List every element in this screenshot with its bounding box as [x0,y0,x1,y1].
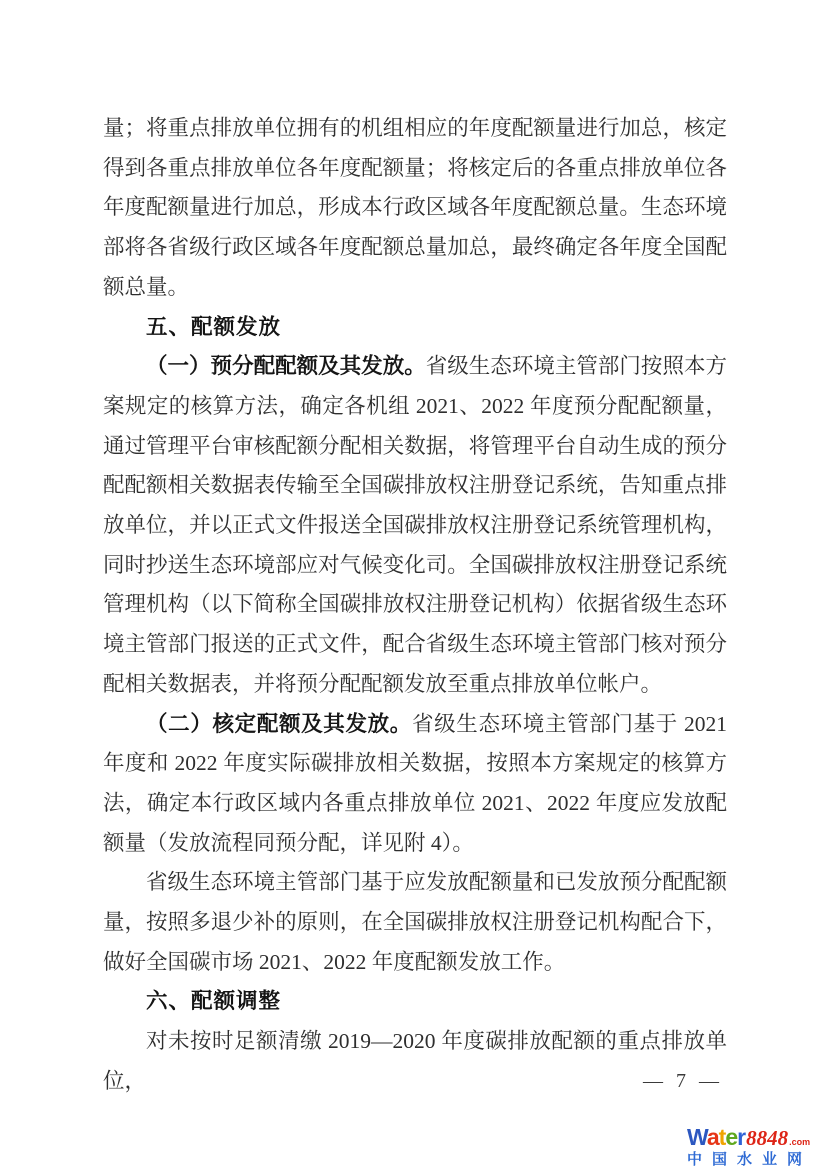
paragraph-predistribution-text: 省级生态环境主管部门按照本方案规定的核算方法，确定各机组 2021、2022 年… [103,354,727,696]
document-page: 量；将重点排放单位拥有的机组相应的年度配额量进行加总，核定得到各重点排放单位各年… [0,0,827,1169]
logo-tld-com: .com [789,1138,810,1147]
logo-letter-w: W [687,1124,707,1150]
paragraph-carryover: 量；将重点排放单位拥有的机组相应的年度配额量进行加总，核定得到各重点排放单位各年… [103,109,727,308]
document-body: 量；将重点排放单位拥有的机组相应的年度配额量进行加总，核定得到各重点排放单位各年… [103,109,727,1102]
logo-letter-r: r [737,1124,745,1150]
logo-letter-e: e [725,1124,737,1150]
paragraph-predistribution-lead: （一）预分配配额及其发放。 [146,354,426,378]
section-heading-5: 五、配额发放 [103,308,727,348]
water8848-logo: Water 8848 .com 中国水业网 [687,1126,823,1167]
logo-number-8848: 8848 [746,1128,788,1149]
logo-letter-a: a [707,1124,719,1150]
page-number-dash-right: — [699,1070,719,1093]
paragraph-predistribution: （一）预分配配额及其发放。省级生态环境主管部门按照本方案规定的核算方法，确定各机… [103,347,727,704]
paragraph-adjustment: 对未按时足额清缴 2019—2020 年度碳排放配额的重点排放单位， [103,1022,727,1101]
water8848-wordmark: Water 8848 .com [687,1126,823,1149]
section-heading-6: 六、配额调整 [103,982,727,1022]
page-number-dash-left: — [643,1070,663,1093]
logo-tagline: 中国水业网 [687,1152,823,1167]
page-number-value: 7 [676,1070,686,1093]
paragraph-issuance: 省级生态环境主管部门基于应发放配额量和已发放预分配配额量，按照多退少补的原则，在… [103,863,727,982]
logo-word-water: Water [687,1126,745,1149]
paragraph-verified-quota-lead: （二）核定配额及其发放。 [146,712,412,736]
page-number: — 7 — [643,1070,719,1093]
paragraph-verified-quota: （二）核定配额及其发放。省级生态环境主管部门基于 2021 年度和 2022 年… [103,705,727,864]
